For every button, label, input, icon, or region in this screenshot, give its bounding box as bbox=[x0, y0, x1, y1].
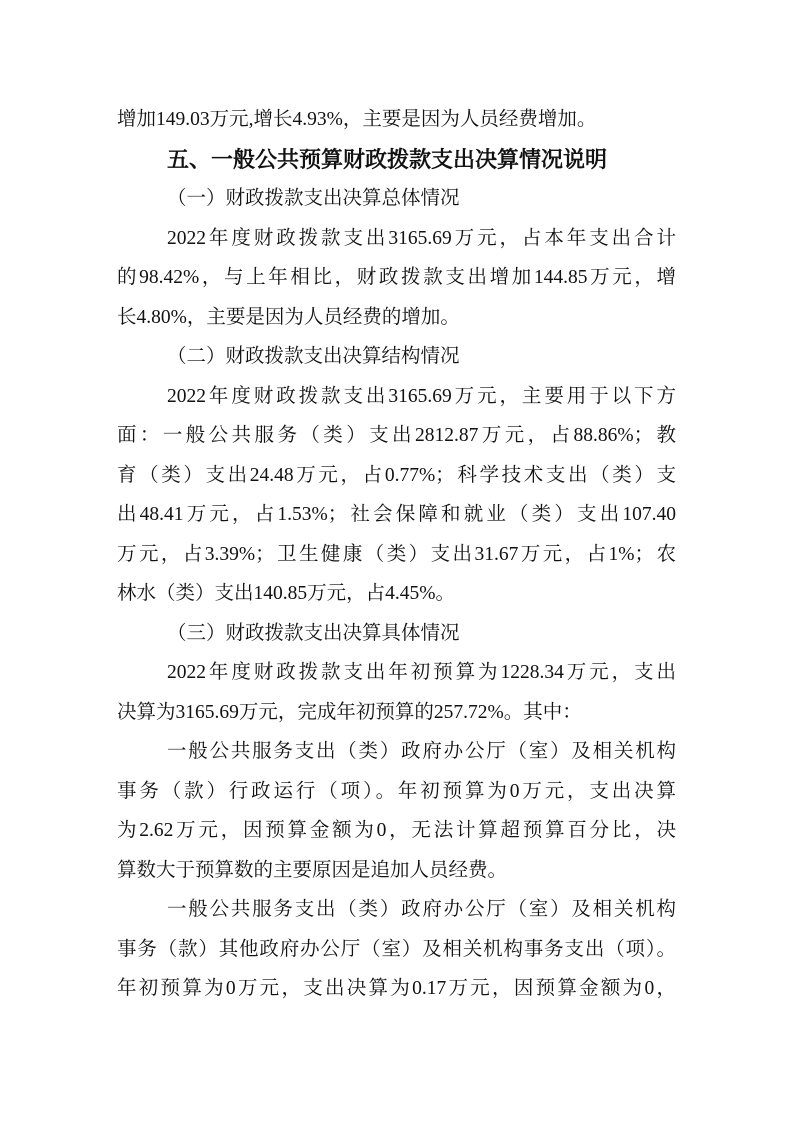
subsection-heading-5-1: （一）财政拨款支出决算总体情况 bbox=[117, 179, 676, 219]
text-line: （二）财政拨款支出决算结构情况 bbox=[117, 337, 676, 377]
paragraph-5-3-intro: 2022年度财政拨款支出年初预算为1228.34万元，支出决算为3165.69万… bbox=[117, 653, 676, 732]
text-line: 事务（款）其他政府办公厅（室）及相关机构事务支出（项）。 bbox=[117, 930, 676, 970]
paragraph-5-1-overview: 2022年度财政拨款支出3165.69万元，占本年支出合计的98.42%，与上年… bbox=[117, 219, 676, 338]
text-line: 为2.62万元，因预算金额为0，无法计算超预算百分比，决 bbox=[117, 811, 676, 851]
text-line: 决算为3165.69万元，完成年初预算的257.72%。其中： bbox=[117, 693, 676, 733]
text-line: （一）财政拨款支出决算总体情况 bbox=[117, 179, 676, 219]
text-line: 2022年度财政拨款支出年初预算为1228.34万元，支出 bbox=[117, 653, 676, 693]
text-line: 一般公共服务支出（类）政府办公厅（室）及相关机构 bbox=[117, 890, 676, 930]
text-line: 年初预算为0万元，支出决算为0.17万元，因预算金额为0， bbox=[117, 969, 676, 1009]
paragraph-carryover: 增加149.03万元,增长4.93%，主要是因为人员经费增加。 bbox=[117, 100, 676, 140]
paragraph-5-2-structure: 2022年度财政拨款支出3165.69万元，主要用于以下方面：一般公共服务（类）… bbox=[117, 377, 676, 614]
document-page: 增加149.03万元,增长4.93%，主要是因为人员经费增加。五、一般公共预算财… bbox=[0, 0, 793, 1122]
subsection-heading-5-3: （三）财政拨款支出决算具体情况 bbox=[117, 614, 676, 654]
text-line: 育（类）支出24.48万元，占0.77%；科学技术支出（类）支 bbox=[117, 456, 676, 496]
text-line: 2022年度财政拨款支出3165.69万元，主要用于以下方 bbox=[117, 377, 676, 417]
text-line: 的98.42%，与上年相比，财政拨款支出增加144.85万元，增 bbox=[117, 258, 676, 298]
text-line: 2022年度财政拨款支出3165.69万元，占本年支出合计 bbox=[117, 219, 676, 259]
text-line: 事务（款）行政运行（项）。年初预算为0万元，支出决算 bbox=[117, 772, 676, 812]
paragraph-5-3-item-1: 一般公共服务支出（类）政府办公厅（室）及相关机构事务（款）行政运行（项）。年初预… bbox=[117, 732, 676, 890]
text-line: 长4.80%，主要是因为人员经费的增加。 bbox=[117, 298, 676, 338]
document-body: 增加149.03万元,增长4.93%，主要是因为人员经费增加。五、一般公共预算财… bbox=[117, 100, 676, 1009]
text-line: 增加149.03万元,增长4.93%，主要是因为人员经费增加。 bbox=[117, 100, 676, 140]
text-line: 万元，占3.39%；卫生健康（类）支出31.67万元，占1%；农 bbox=[117, 535, 676, 575]
text-line: 算数大于预算数的主要原因是追加人员经费。 bbox=[117, 851, 676, 891]
section-heading-5: 五、一般公共预算财政拨款支出决算情况说明 bbox=[117, 140, 676, 180]
subsection-heading-5-2: （二）财政拨款支出决算结构情况 bbox=[117, 337, 676, 377]
text-line: 出48.41万元，占1.53%；社会保障和就业（类）支出107.40 bbox=[117, 495, 676, 535]
text-line: （三）财政拨款支出决算具体情况 bbox=[117, 614, 676, 654]
text-line: 林水（类）支出140.85万元，占4.45%。 bbox=[117, 574, 676, 614]
paragraph-5-3-item-2: 一般公共服务支出（类）政府办公厅（室）及相关机构事务（款）其他政府办公厅（室）及… bbox=[117, 890, 676, 1009]
text-line: 面：一般公共服务（类）支出2812.87万元，占88.86%；教 bbox=[117, 416, 676, 456]
text-line: 五、一般公共预算财政拨款支出决算情况说明 bbox=[117, 140, 676, 180]
text-line: 一般公共服务支出（类）政府办公厅（室）及相关机构 bbox=[117, 732, 676, 772]
